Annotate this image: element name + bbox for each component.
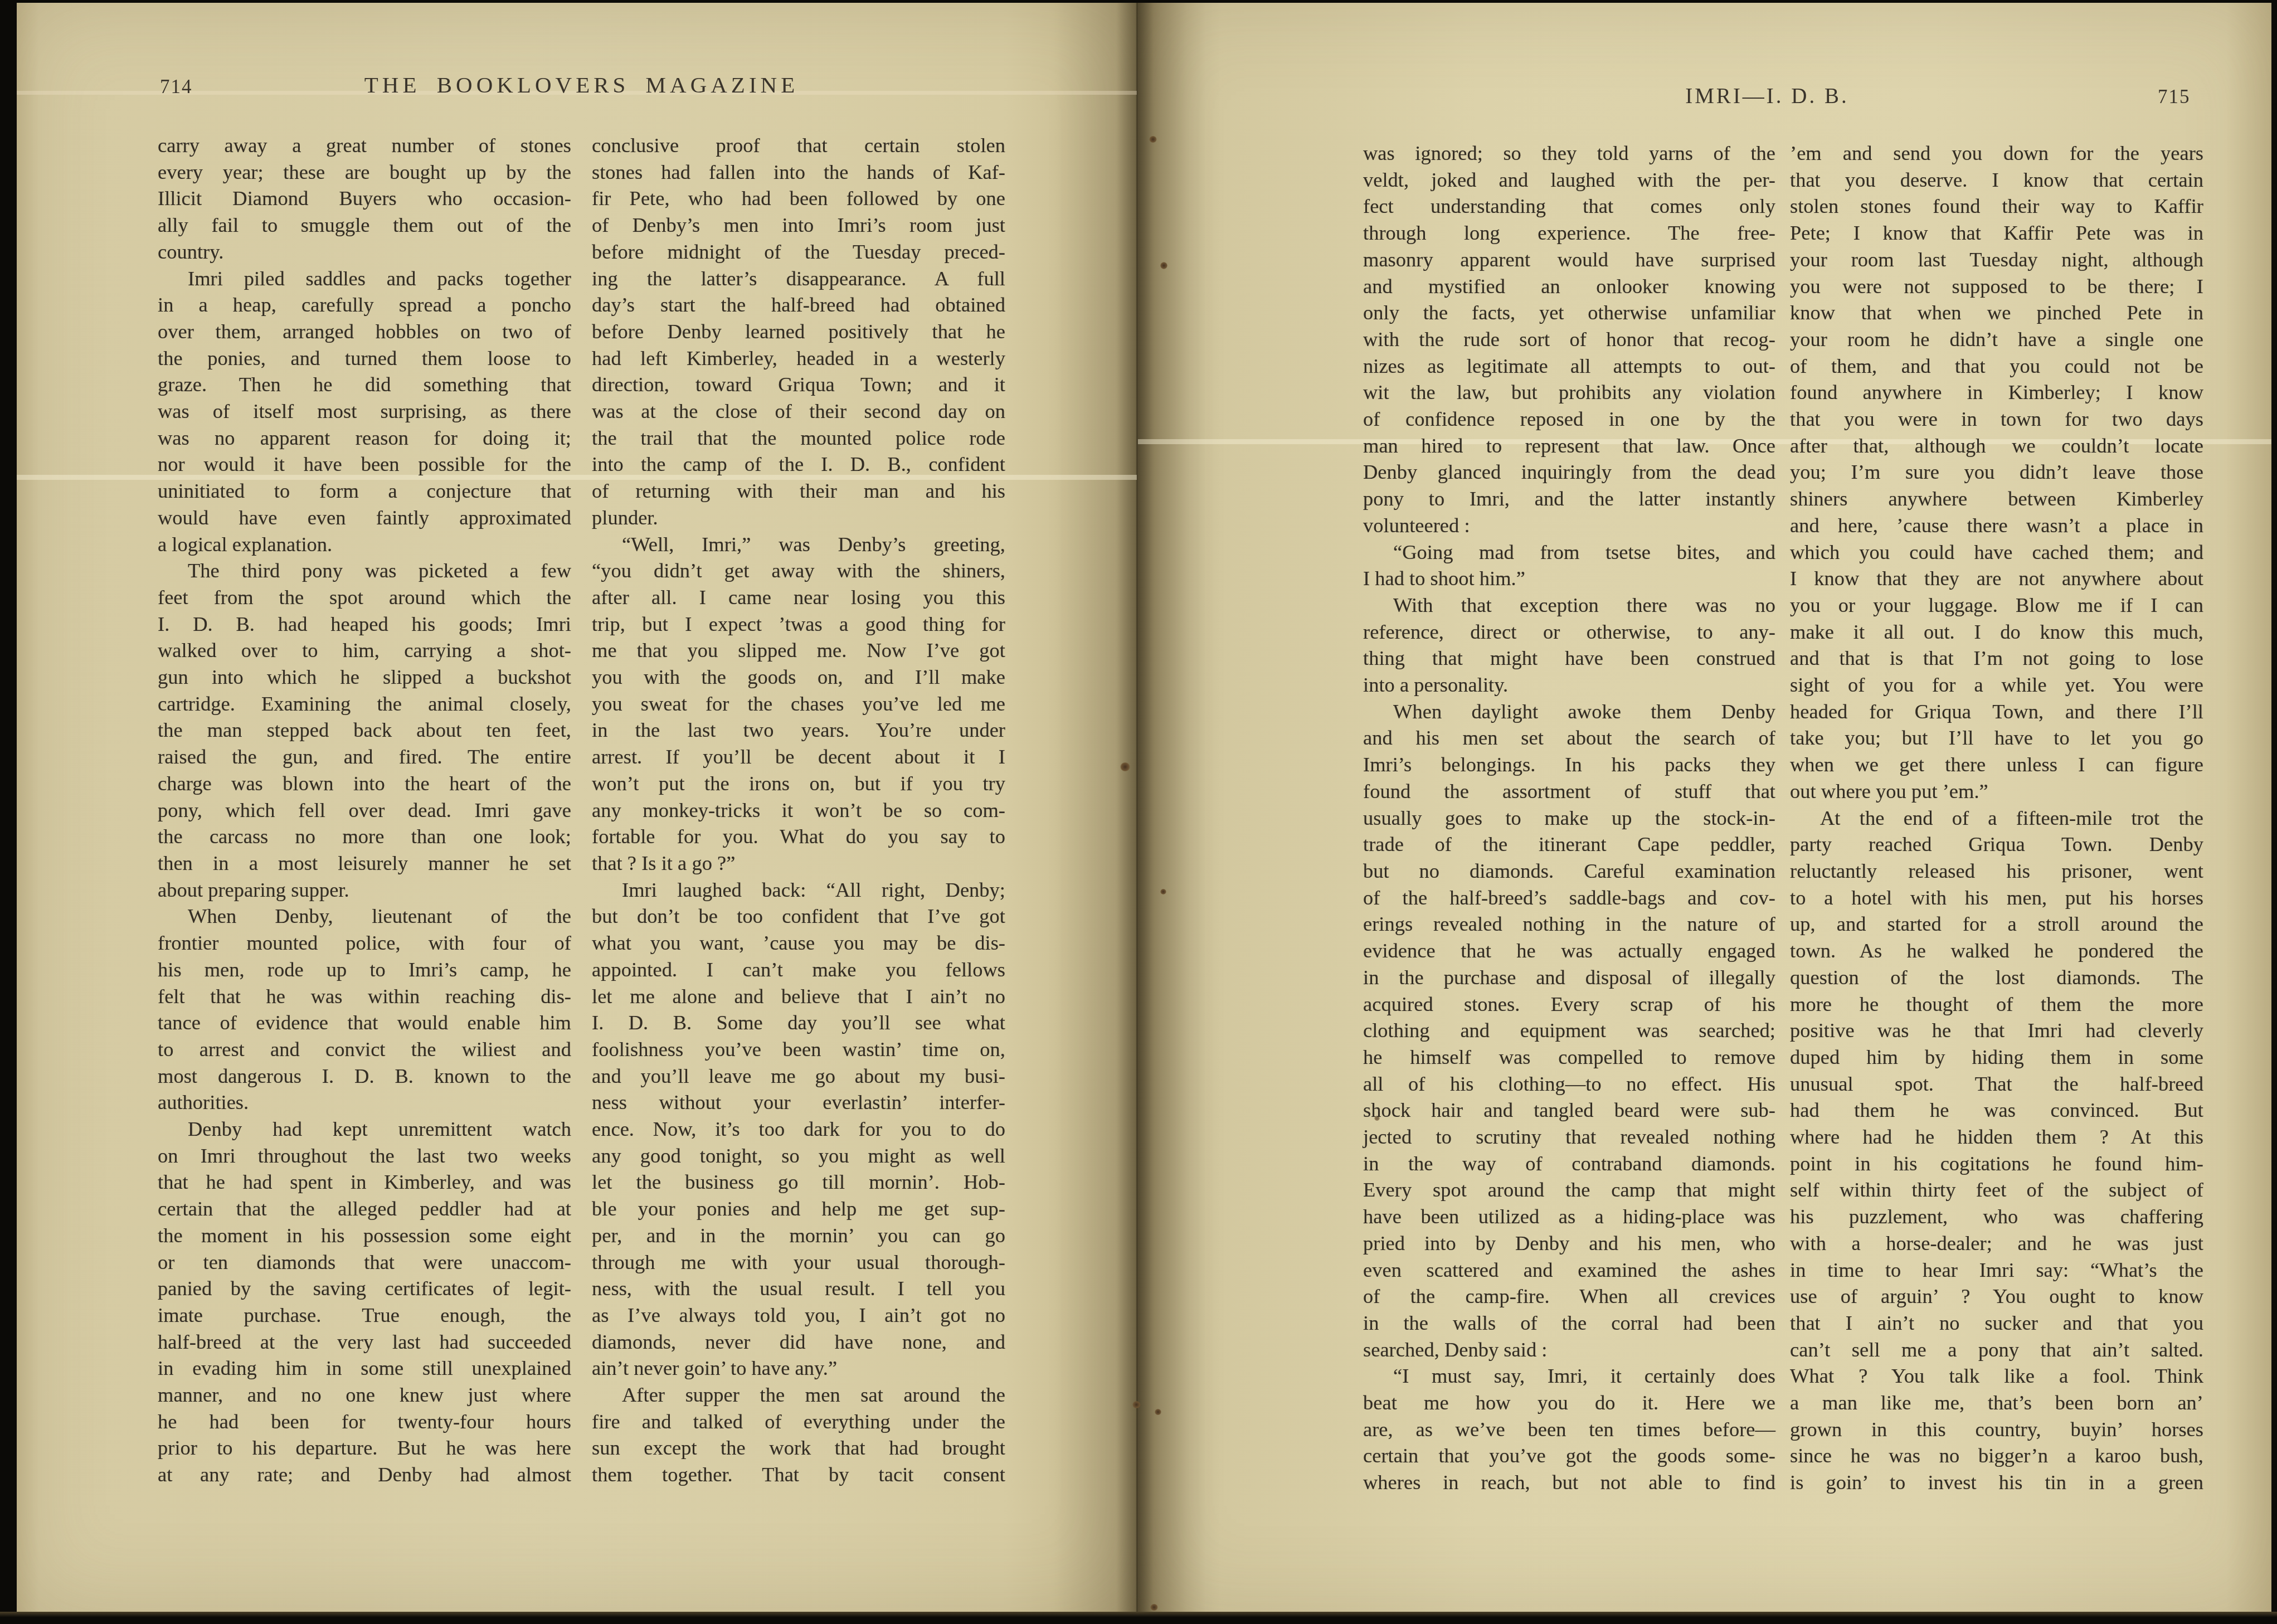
text-line: even scattered and examined the ashes	[1363, 1257, 1775, 1283]
text-line: fir Pete, who had been followed by one	[592, 185, 1005, 212]
text-line: found anywhere in Kimberley; I know	[1790, 379, 2203, 406]
text-line: in the purchase and disposal of illegall…	[1363, 964, 1775, 991]
text-line: he himself was compelled to remove	[1363, 1044, 1775, 1071]
text-line: tance of evidence that would enable him	[158, 1009, 571, 1036]
text-line: wheres in reach, but not able to find	[1363, 1469, 1775, 1496]
text-line: was ignored; so they told yarns of the	[1363, 140, 1775, 167]
text-line: With that exception there was no	[1363, 592, 1775, 619]
text-column-left-page-2: conclusive proof that certain stolenston…	[592, 132, 1005, 1488]
text-line: all of his clothing—to no effect. His	[1363, 1071, 1775, 1097]
text-line: the carcass no more than one look;	[158, 823, 571, 850]
text-line: would have even faintly approximated	[158, 504, 571, 531]
text-line: and that is that I’m not going to lose	[1790, 645, 2203, 672]
text-line: Denby glanced inquiringly from the dead	[1363, 459, 1775, 485]
text-line: What ? You talk like a fool. Think	[1790, 1363, 2203, 1389]
text-line: his puzzlement, who was chaffering	[1790, 1203, 2203, 1230]
text-line: me that you slipped me. Now I’ve got	[592, 637, 1005, 664]
text-line: walked over to him, carrying a shot-	[158, 637, 571, 664]
text-line: the trail that the mounted police rode	[592, 425, 1005, 451]
text-line: frontier mounted police, with four of	[158, 930, 571, 956]
text-line: town. As he walked he pondered the	[1790, 937, 2203, 964]
text-line: nor would it have been possible for the	[158, 451, 571, 478]
text-line: Illicit Diamond Buyers who occasion-	[158, 185, 571, 212]
text-line: only the facts, yet otherwise unfamiliar	[1363, 299, 1775, 326]
text-line: country.	[158, 239, 571, 265]
text-line: had left Kimberley, headed in a westerly	[592, 345, 1005, 372]
text-line: ence. Now, it’s too dark for you to do	[592, 1116, 1005, 1142]
text-line: ally fail to smuggle them out of the	[158, 212, 571, 239]
text-line: of confidence reposed in one by the	[1363, 406, 1775, 432]
text-line: use of arguin’ ? You ought to know	[1790, 1283, 2203, 1310]
text-line: shiners anywhere between Kimberley	[1790, 485, 2203, 512]
text-line: raised the gun, and fired. The entire	[158, 743, 571, 770]
text-line: ain’t never goin’ to have any.”	[592, 1355, 1005, 1382]
text-line: masonry apparent would have surprised	[1363, 246, 1775, 273]
text-line: reluctantly released his prisoner, went	[1790, 858, 2203, 884]
text-line: When daylight awoke them Denby	[1363, 698, 1775, 725]
text-line: you sweat for the chases you’ve led me	[592, 691, 1005, 717]
stain-spot	[1160, 262, 1167, 269]
text-line: foolishness you’ve been wastin’ time on,	[592, 1036, 1005, 1063]
text-line: before Denby learned positively that he	[592, 318, 1005, 345]
text-line: carry away a great number of stones	[158, 132, 571, 159]
text-line: positive was he that Imri had cleverly	[1790, 1017, 2203, 1044]
text-line: in time to hear Imri say: “What’s the	[1790, 1257, 2203, 1283]
text-line: charge was blown into the heart of the	[158, 770, 571, 797]
text-line: fortable for you. What do you say to	[592, 823, 1005, 850]
text-line: unusual spot. That the half-breed	[1790, 1071, 2203, 1097]
text-line: man hired to represent that law. Once	[1363, 432, 1775, 459]
text-line: in a heap, carefully spread a poncho	[158, 291, 571, 318]
text-line: before midnight of the Tuesday preced-	[592, 239, 1005, 265]
text-line: evidence that he was actually engaged	[1363, 937, 1775, 964]
text-line: pony to Imri, and the latter instantly	[1363, 485, 1775, 512]
text-line: any good tonight, so you might as well	[592, 1142, 1005, 1169]
text-line: searched, Denby said :	[1363, 1336, 1775, 1363]
text-line: take you; but I’ll have to let you go	[1790, 725, 2203, 751]
text-line: duped him by hiding them in some	[1790, 1044, 2203, 1071]
text-line: into the camp of the I. D. B., confident	[592, 451, 1005, 478]
text-line: the man stepped back about ten feet,	[158, 717, 571, 743]
text-line: are, as we’ve been ten times before—	[1363, 1416, 1775, 1443]
text-line: and his men set about the search of	[1363, 725, 1775, 751]
text-line: where had he hidden them ? At this	[1790, 1124, 2203, 1150]
text-line: I. D. B. Some day you’ll see what	[592, 1009, 1005, 1036]
text-column-left-page-1: carry away a great number of stonesevery…	[158, 132, 571, 1488]
text-line: about preparing supper.	[158, 877, 571, 903]
stain-spot	[1155, 1409, 1161, 1415]
text-line: “Well, Imri,” was Denby’s greeting,	[592, 531, 1005, 558]
text-line: I know that they are not anywhere about	[1790, 565, 2203, 592]
text-line: stones had fallen into the hands of Kaf-	[592, 159, 1005, 186]
text-line: you were not supposed to be there; I	[1790, 273, 2203, 300]
text-line: arrest. If you’ll be decent about it I	[592, 743, 1005, 770]
text-line: manner, and no one knew just where	[158, 1382, 571, 1408]
text-line: up, and started for a stroll around the	[1790, 911, 2203, 937]
fold-line	[1136, 0, 1138, 1624]
text-line: ness without your everlastin’ interfer-	[592, 1089, 1005, 1116]
text-line: on Imri throughout the last two weeks	[158, 1142, 571, 1169]
text-line: self within thirty feet of the subject o…	[1790, 1176, 2203, 1203]
text-line: authorities.	[158, 1089, 571, 1116]
text-line: cartridge. Examining the animal closely,	[158, 691, 571, 717]
text-line: more he thought of them the more	[1790, 991, 2203, 1018]
text-line: day’s start the half-breed had obtained	[592, 291, 1005, 318]
text-line: let me alone and believe that I ain’t no	[592, 983, 1005, 1010]
text-line: ’em and send you down for the years	[1790, 140, 2203, 167]
text-line: fire and talked of everything under the	[592, 1408, 1005, 1435]
text-line: every year; these are bought up by the	[158, 159, 571, 186]
text-line: Imri laughed back: “All right, Denby;	[592, 877, 1005, 903]
text-line: that he had spent in Kimberley, and was	[158, 1169, 571, 1195]
text-line: erings revealed nothing in the nature of	[1363, 911, 1775, 937]
text-line: I had to shoot him.”	[1363, 565, 1775, 592]
text-line: Every spot around the camp that might	[1363, 1176, 1775, 1203]
text-line: your room last Tuesday night, although	[1790, 246, 2203, 273]
text-line: Imri’s belongings. In his packs they	[1363, 751, 1775, 778]
stain-spot	[1149, 136, 1157, 143]
text-line: that you deserve. I know that certain	[1790, 167, 2203, 193]
text-line: “I must say, Imri, it certainly does	[1363, 1363, 1775, 1389]
text-line: which you could have cached them; and	[1790, 539, 2203, 566]
text-line: you with the goods on, and I’ll make	[592, 664, 1005, 691]
text-line: veldt, joked and laughed with the per-	[1363, 167, 1775, 193]
stain-spot	[1132, 1401, 1141, 1408]
text-line: nizes as legitimate all attempts to out-	[1363, 353, 1775, 380]
text-line: since he was no bigger’n a karoo bush,	[1790, 1442, 2203, 1469]
text-line: prior to his departure. But he was here	[158, 1435, 571, 1461]
text-line: let the business go till mornin’. Hob-	[592, 1169, 1005, 1195]
text-column-right-page-2: ’em and send you down for the yearsthat …	[1790, 140, 2203, 1496]
text-line: sun except the work that had brought	[592, 1435, 1005, 1461]
text-line: direction, toward Griqua Town; and it	[592, 371, 1005, 398]
text-line: gun into which he slipped a buckshot	[158, 664, 571, 691]
scan-edge-top	[0, 0, 2277, 3]
text-line: any monkey-tricks it won’t be so com-	[592, 797, 1005, 824]
text-line: his men, rode up to Imri’s camp, he	[158, 956, 571, 983]
stain-spot	[1120, 762, 1130, 771]
text-line: felt that he was within reaching dis-	[158, 983, 571, 1010]
text-line: most dangerous I. D. B. known to the	[158, 1063, 571, 1090]
running-title-left: THE BOOKLOVERS MAGAZINE	[158, 71, 1005, 98]
text-line: and here, ’cause there wasn’t a place in	[1790, 512, 2203, 539]
text-line: with the rude sort of honor that recog-	[1363, 326, 1775, 353]
text-line: trip, but I expect ’twas a good thing fo…	[592, 611, 1005, 638]
text-line: in the last two years. You’re under	[592, 717, 1005, 743]
text-line: out where you put ’em.”	[1790, 778, 2203, 805]
text-line: after all. I came near losing you this	[592, 584, 1005, 611]
scanned-magazine-spread: { "colors": { "paper": "#dcd2ab", "ink":…	[0, 0, 2277, 1624]
text-line: and you’ll leave me go about my busi-	[592, 1063, 1005, 1090]
text-line: you; I’m sure you didn’t leave those	[1790, 459, 2203, 485]
text-line: won’t put the irons on, but if you try	[592, 770, 1005, 797]
text-line: pony, which fell over dead. Imri gave	[158, 797, 571, 824]
text-line: ble your ponies and help me get sup-	[592, 1195, 1005, 1222]
text-line: sight of you for a while yet. You were	[1790, 672, 2203, 698]
text-line: wit the law, but prohibits any violation	[1363, 379, 1775, 406]
text-line: and mystified an onlooker knowing	[1363, 273, 1775, 300]
text-line: of Denby’s men into Imri’s room just	[592, 212, 1005, 239]
text-line: “Going mad from tsetse bites, and	[1363, 539, 1775, 566]
text-line: that I ain’t no sucker and that you	[1790, 1310, 2203, 1336]
text-line: of returning with their man and his	[592, 478, 1005, 504]
text-line: the moment in his possession some eight	[158, 1222, 571, 1249]
text-line: trade of the itinerant Cape peddler,	[1363, 831, 1775, 858]
text-line: reference, direct or otherwise, to any-	[1363, 619, 1775, 645]
text-line: diamonds, never did have none, and	[592, 1329, 1005, 1355]
text-line: At the end of a fifteen-mile trot the	[1790, 805, 2203, 832]
text-line: then in a most leisurely manner he set	[158, 850, 571, 877]
text-line: to a hotel with his men, put his horses	[1790, 884, 2203, 911]
text-line: through long experience. The free-	[1363, 220, 1775, 246]
text-line: ness, with the usual result. I tell you	[592, 1275, 1005, 1302]
text-line: shock hair and tangled beard were sub-	[1363, 1097, 1775, 1124]
text-line: your room he didn’t have a single one	[1790, 326, 2203, 353]
text-line: make it all out. I do know this much,	[1790, 619, 2203, 645]
text-line: pried into by Denby and his men, who	[1363, 1230, 1775, 1257]
text-line: half-breed at the very last had succeede…	[158, 1329, 571, 1355]
text-line: but no diamonds. Careful examination	[1363, 858, 1775, 884]
text-line: Pete; I know that Kaffir Pete was in	[1790, 220, 2203, 246]
text-line: in evading him in some still unexplained	[158, 1355, 571, 1382]
running-title-right: IMRI—I. D. B.	[1363, 84, 2171, 109]
text-line: in the walls of the corral had been	[1363, 1310, 1775, 1336]
text-line: of them, and that you could not be	[1790, 353, 2203, 380]
text-line: Denby had kept unremittent watch	[158, 1116, 571, 1142]
text-line: ing the latter’s disappearance. A full	[592, 265, 1005, 292]
text-line: point in his cogitations he found him-	[1790, 1150, 2203, 1177]
text-line: was no apparent reason for doing it;	[158, 425, 571, 451]
text-line: what you want, ’cause you may be dis-	[592, 930, 1005, 956]
text-line: at any rate; and Denby had almost	[158, 1461, 571, 1488]
text-line: over them, arranged hobbles on two of	[158, 318, 571, 345]
text-line: that ? Is it a go ?”	[592, 850, 1005, 877]
text-line: into a personality.	[1363, 672, 1775, 698]
text-line: have been utilized as a hiding-place was	[1363, 1203, 1775, 1230]
text-line: in the way of contraband diamonds.	[1363, 1150, 1775, 1177]
text-line: fect understanding that comes only	[1363, 193, 1775, 220]
text-line: usually goes to make up the stock-in-	[1363, 805, 1775, 832]
text-line: After supper the men sat around the	[592, 1382, 1005, 1408]
text-line: plunder.	[592, 504, 1005, 531]
text-line: stolen stones found their way to Kaffir	[1790, 193, 2203, 220]
text-line: you or your luggage. Blow me if I can	[1790, 592, 2203, 619]
text-line: of the camp-fire. When all crevices	[1363, 1283, 1775, 1310]
text-line: found the assortment of stuff that	[1363, 778, 1775, 805]
text-line: Imri piled saddles and packs together	[158, 265, 571, 292]
text-line: after that, although we couldn’t locate	[1790, 432, 2203, 459]
text-line: per, and in the mornin’ you can go	[592, 1222, 1005, 1249]
scan-edge-bottom	[0, 1612, 2277, 1624]
text-line: grown in this country, buyin’ horses	[1790, 1416, 2203, 1443]
text-line: certain that the alleged peddler had at	[158, 1195, 571, 1222]
text-line: but don’t be too confident that I’ve got	[592, 903, 1005, 930]
text-line: beat me how you do it. Here we	[1363, 1389, 1775, 1416]
text-line: a logical explanation.	[158, 531, 571, 558]
text-line: The third pony was picketed a few	[158, 557, 571, 584]
text-line: with a horse-dealer; and he was just	[1790, 1230, 2203, 1257]
text-line: headed for Griqua Town, and there I’ll	[1790, 698, 2203, 725]
text-line: question of the lost diamonds. The	[1790, 964, 2203, 991]
text-line: he had been for twenty-four hours	[158, 1408, 571, 1435]
text-line: feet from the spot around which the	[158, 584, 571, 611]
text-line: imate purchase. True enough, the	[158, 1302, 571, 1329]
text-line: is goin’ to invest his tin in a green	[1790, 1469, 2203, 1496]
text-line: to arrest and convict the wiliest and	[158, 1036, 571, 1063]
text-line: the ponies, and turned them loose to	[158, 345, 571, 372]
text-line: had them he was convinced. But	[1790, 1097, 2203, 1124]
text-line: appointed. I can’t make you fellows	[592, 956, 1005, 983]
text-line: was of itself most surprising, as there	[158, 398, 571, 425]
scan-edge-left	[0, 0, 17, 1624]
text-line: a man like me, that’s been born an’	[1790, 1389, 2203, 1416]
scan-edge-right	[2271, 0, 2277, 1624]
text-line: volunteered :	[1363, 512, 1775, 539]
text-line: When Denby, lieutenant of the	[158, 903, 571, 930]
text-line: conclusive proof that certain stolen	[592, 132, 1005, 159]
text-line: when we get there unless I can figure	[1790, 751, 2203, 778]
text-line: them together. That by tacit consent	[592, 1461, 1005, 1488]
text-line: party reached Griqua Town. Denby	[1790, 831, 2203, 858]
text-line: through me with your usual thorough-	[592, 1249, 1005, 1276]
stain-spot	[1150, 1604, 1158, 1611]
text-column-right-page-1: was ignored; so they told yarns of theve…	[1363, 140, 1775, 1496]
text-line: was at the close of their second day on	[592, 398, 1005, 425]
text-line: “you didn’t get away with the shiners,	[592, 557, 1005, 584]
text-line: graze. Then he did something that	[158, 371, 571, 398]
text-line: can’t sell me a pony that ain’t salted.	[1790, 1336, 2203, 1363]
text-line: uninitiated to form a conjecture that	[158, 478, 571, 504]
text-line: clothing and equipment was searched;	[1363, 1017, 1775, 1044]
text-line: that you were in town for two days	[1790, 406, 2203, 432]
text-line: acquired stones. Every scrap of his	[1363, 991, 1775, 1018]
text-line: I. D. B. had heaped his goods; Imri	[158, 611, 571, 638]
text-line: of the half-breed’s saddle-bags and cov-	[1363, 884, 1775, 911]
text-line: as I’ve always told you, I ain’t got no	[592, 1302, 1005, 1329]
text-line: or ten diamonds that were unaccom-	[158, 1249, 571, 1276]
text-line: know that when we pinched Pete in	[1790, 299, 2203, 326]
text-line: panied by the saving certificates of leg…	[158, 1275, 571, 1302]
text-line: thing that might have been construed	[1363, 645, 1775, 672]
text-line: certain that you’ve got the goods some-	[1363, 1442, 1775, 1469]
text-line: jected to scrutiny that revealed nothing	[1363, 1124, 1775, 1150]
page-number-right: 715	[2158, 86, 2191, 108]
stain-spot	[1160, 889, 1166, 894]
